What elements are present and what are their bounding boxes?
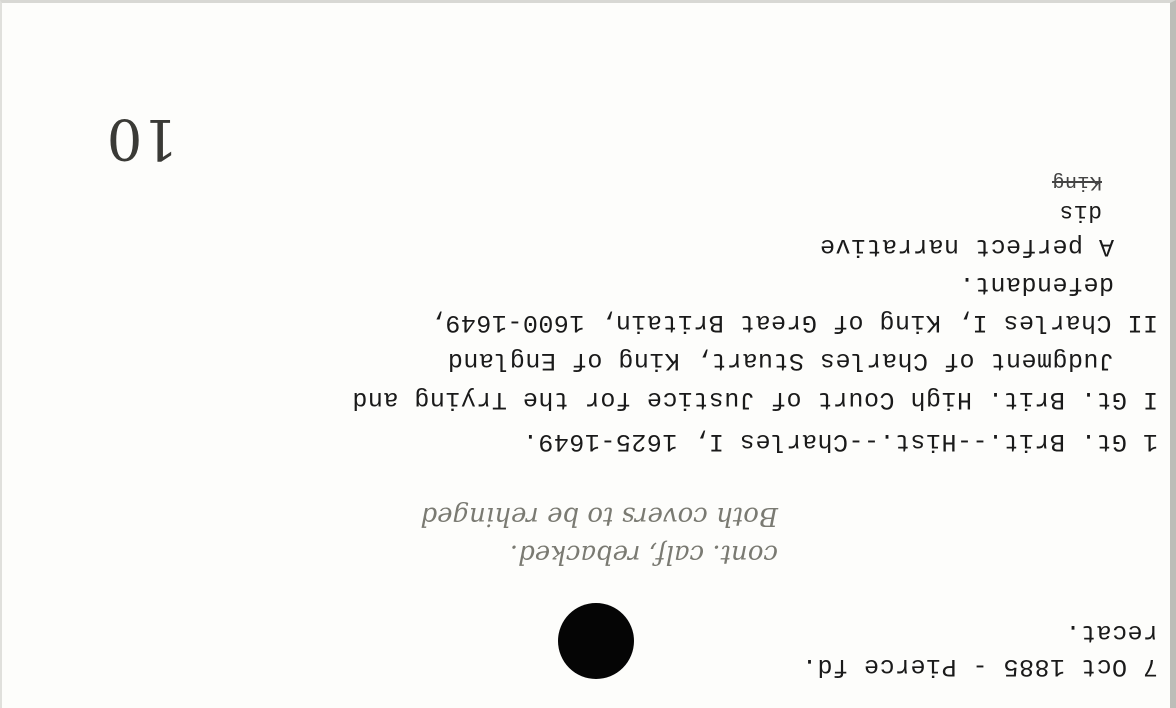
acquisition-line: 7 Oct 1885 - Pierce fd.: [801, 652, 1158, 681]
added-entry-1b: Judgment of Charles Stuart, King of Engl…: [447, 346, 1114, 375]
subject-heading-1: 1 Gt. Brit.--Hist.--Charles I, 1625-1649…: [522, 427, 1158, 456]
added-entry-2b: defendant.: [959, 270, 1114, 299]
handwritten-number: 10: [107, 106, 178, 171]
punch-hole: [558, 603, 634, 679]
added-entry-1a: I Gt. Brit. High Court of Justice for th…: [352, 385, 1158, 414]
added-entry-2a: II Charles I, King of Great Britain, 160…: [429, 308, 1158, 337]
catalog-card: 7 Oct 1885 - Pierce fd. recat. cont. cal…: [0, 0, 1176, 708]
correction-struck: King: [1052, 170, 1102, 193]
note-line: A perfect narrative: [819, 232, 1114, 261]
handwritten-note-rehinge: Both covers to be rehinged: [421, 501, 779, 531]
handwritten-note-binding: cont. calf, rebacked.: [510, 539, 778, 569]
correction-inserted: dis: [1059, 199, 1102, 225]
card-content-rotated: 7 Oct 1885 - Pierce fd. recat. cont. cal…: [2, 3, 1176, 708]
recat-line: recat.: [1065, 618, 1158, 647]
